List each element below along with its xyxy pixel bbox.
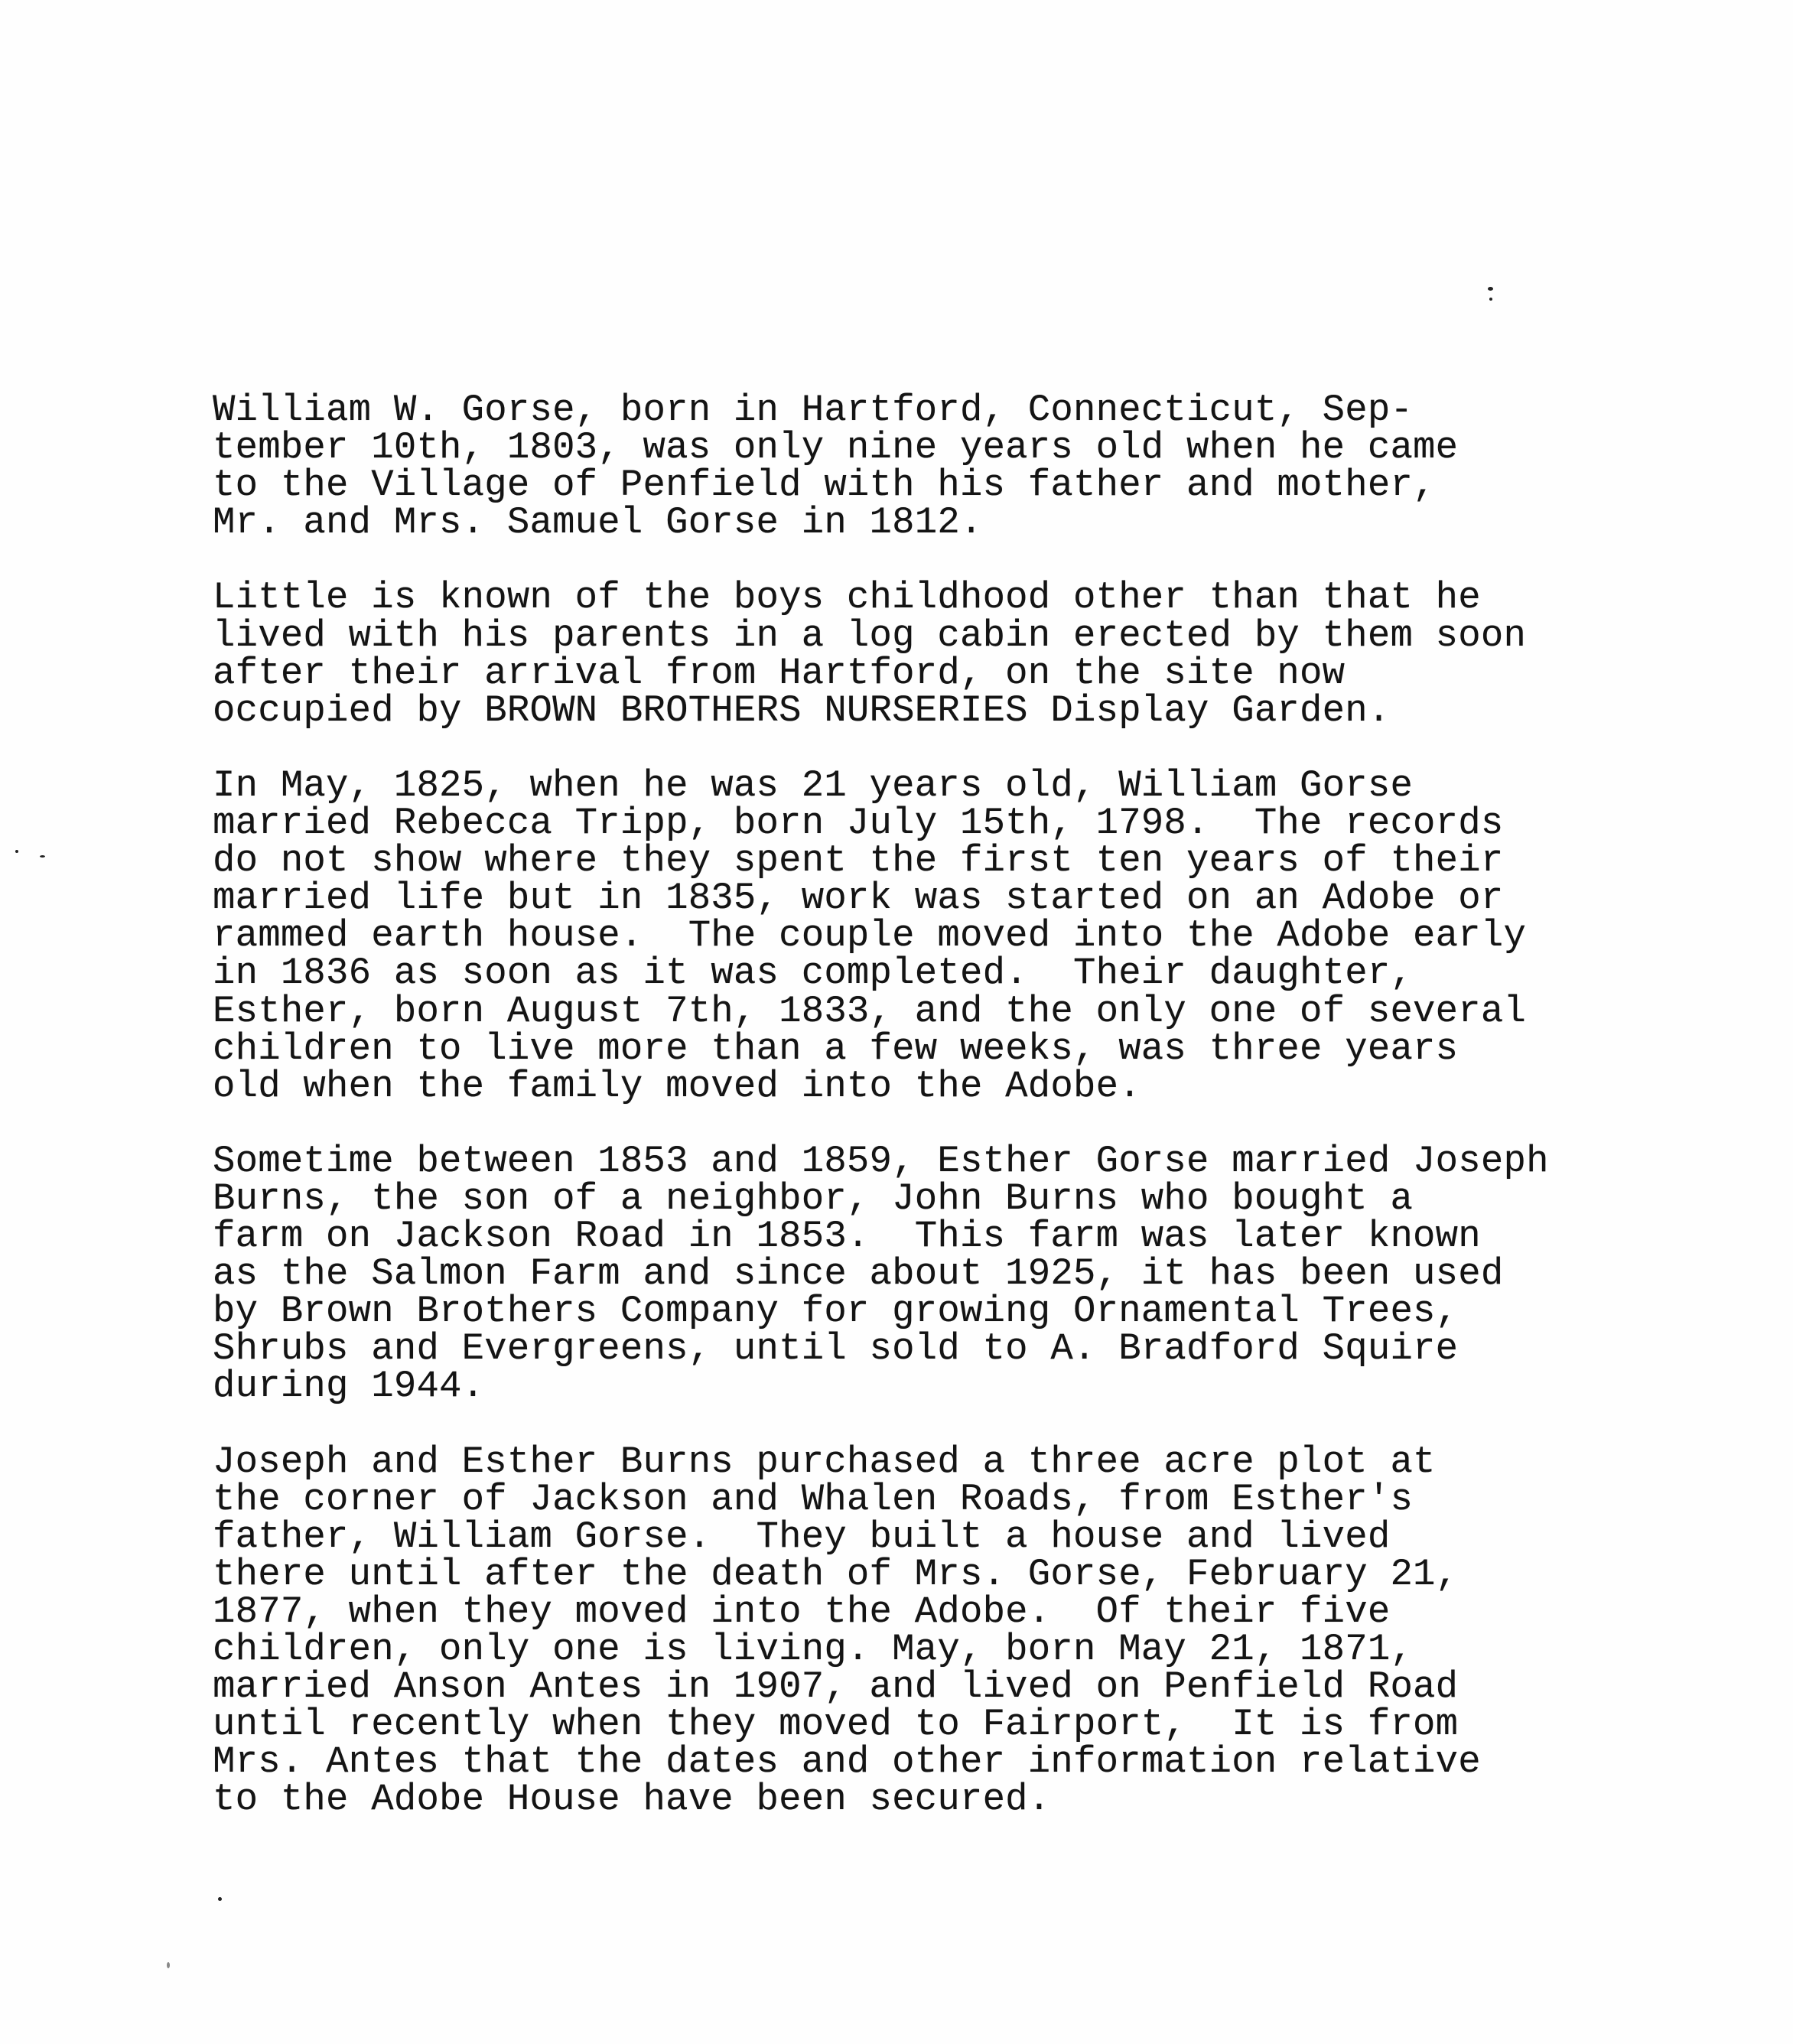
scan-speck [40,855,45,858]
scan-speck [1488,287,1493,291]
text-line: lived with his parents in a log cabin er… [213,617,1666,655]
text-line: rammed earth house. The couple moved int… [213,917,1666,955]
text-line: in 1836 as soon as it was completed. The… [213,955,1666,992]
text-line: Joseph and Esther Burns purchased a thre… [213,1443,1666,1481]
text-line: the corner of Jackson and Whalen Roads, … [213,1481,1666,1518]
text-line: during 1944. [213,1368,1666,1405]
document-body: William W. Gorse, born in Hartford, Conn… [213,392,1666,1857]
text-line: father, William Gorse. They built a hous… [213,1518,1666,1556]
text-line: Burns, the son of a neighbor, John Burns… [213,1180,1666,1218]
text-line: Esther, born August 7th, 1833, and the o… [213,993,1666,1030]
text-line: do not show where they spent the first t… [213,842,1666,880]
text-line: Mr. and Mrs. Samuel Gorse in 1812. [213,504,1666,542]
text-line: farm on Jackson Road in 1853. This farm … [213,1218,1666,1255]
scan-speck [15,850,18,853]
text-line: In May, 1825, when he was 21 years old, … [213,767,1666,805]
text-line: married life but in 1835, work was start… [213,880,1666,917]
scan-speck [1489,298,1492,301]
text-line: old when the family moved into the Adobe… [213,1068,1666,1105]
paragraph-esther-burns: Sometime between 1853 and 1859, Esther G… [213,1143,1666,1406]
text-line: married Anson Antes in 1907, and lived o… [213,1668,1666,1706]
paragraph-marriage-adobe: In May, 1825, when he was 21 years old, … [213,767,1666,1105]
document-page: William W. Gorse, born in Hartford, Conn… [0,0,1793,2044]
text-line: occupied by BROWN BROTHERS NURSERIES Dis… [213,692,1666,730]
paragraph-gorse-birth: William W. Gorse, born in Hartford, Conn… [213,392,1666,542]
text-line: children to live more than a few weeks, … [213,1030,1666,1068]
text-line: Shrubs and Evergreens, until sold to A. … [213,1330,1666,1368]
paragraph-childhood: Little is known of the boys childhood ot… [213,579,1666,729]
text-line: children, only one is living. May, born … [213,1631,1666,1668]
text-line: to the Village of Penfield with his fath… [213,467,1666,504]
text-line: after their arrival from Hartford, on th… [213,655,1666,692]
text-line: Sometime between 1853 and 1859, Esther G… [213,1143,1666,1180]
paragraph-plot-purchase: Joseph and Esther Burns purchased a thre… [213,1443,1666,1819]
text-line: until recently when they moved to Fairpo… [213,1706,1666,1743]
text-line: tember 10th, 1803, was only nine years o… [213,429,1666,467]
text-line: to the Adobe House have been secured. [213,1781,1666,1818]
scan-speck [167,1962,170,1968]
text-line: by Brown Brothers Company for growing Or… [213,1293,1666,1330]
text-line: Little is known of the boys childhood ot… [213,579,1666,617]
text-line: 1877, when they moved into the Adobe. Of… [213,1593,1666,1631]
scan-speck [218,1897,222,1901]
text-line: William W. Gorse, born in Hartford, Conn… [213,392,1666,429]
text-line: there until after the death of Mrs. Gors… [213,1556,1666,1593]
text-line: Mrs. Antes that the dates and other info… [213,1743,1666,1781]
text-line: married Rebecca Tripp, born July 15th, 1… [213,805,1666,842]
text-line: as the Salmon Farm and since about 1925,… [213,1255,1666,1293]
